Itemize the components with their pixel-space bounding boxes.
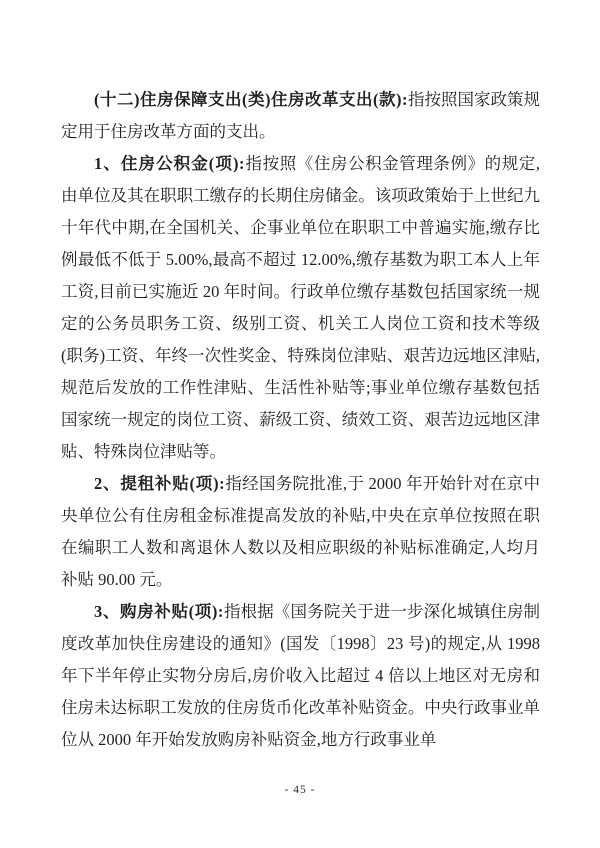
paragraph-text: 指按照《住房公积金管理条例》的规定,由单位及其在职职工缴存的长期住房储金。该项政…: [61, 154, 540, 461]
paragraph-lead: (十二)住房保障支出(类)住房改革支出(款):: [94, 90, 408, 109]
paragraph-lead: 2、提租补贴(项):: [94, 474, 225, 493]
paragraph-lead: 3、购房补贴(项):: [94, 602, 224, 621]
document-page: (十二)住房保障支出(类)住房改革支出(款):指按照国家政策规定用于住房改革方面…: [0, 0, 600, 848]
document-body: (十二)住房保障支出(类)住房改革支出(款):指按照国家政策规定用于住房改革方面…: [61, 84, 540, 756]
paragraph-home-purchase-subsidy: 3、购房补贴(项):指根据《国务院关于进一步深化城镇住房制度改革加快住房建设的通…: [61, 596, 540, 756]
paragraph-text: 指根据《国务院关于进一步深化城镇住房制度改革加快住房建设的通知》(国发〔1998…: [61, 602, 540, 749]
page-number: - 45 -: [0, 784, 600, 796]
paragraph-rent-raise-subsidy: 2、提租补贴(项):指经国务院批准,于 2000 年开始针对在京中央单位公有住房…: [61, 468, 540, 596]
paragraph-lead: 1、住房公积金(项):: [94, 154, 245, 173]
paragraph-housing-reform-expenditure: (十二)住房保障支出(类)住房改革支出(款):指按照国家政策规定用于住房改革方面…: [61, 84, 540, 148]
paragraph-housing-provident-fund: 1、住房公积金(项):指按照《住房公积金管理条例》的规定,由单位及其在职职工缴存…: [61, 148, 540, 468]
